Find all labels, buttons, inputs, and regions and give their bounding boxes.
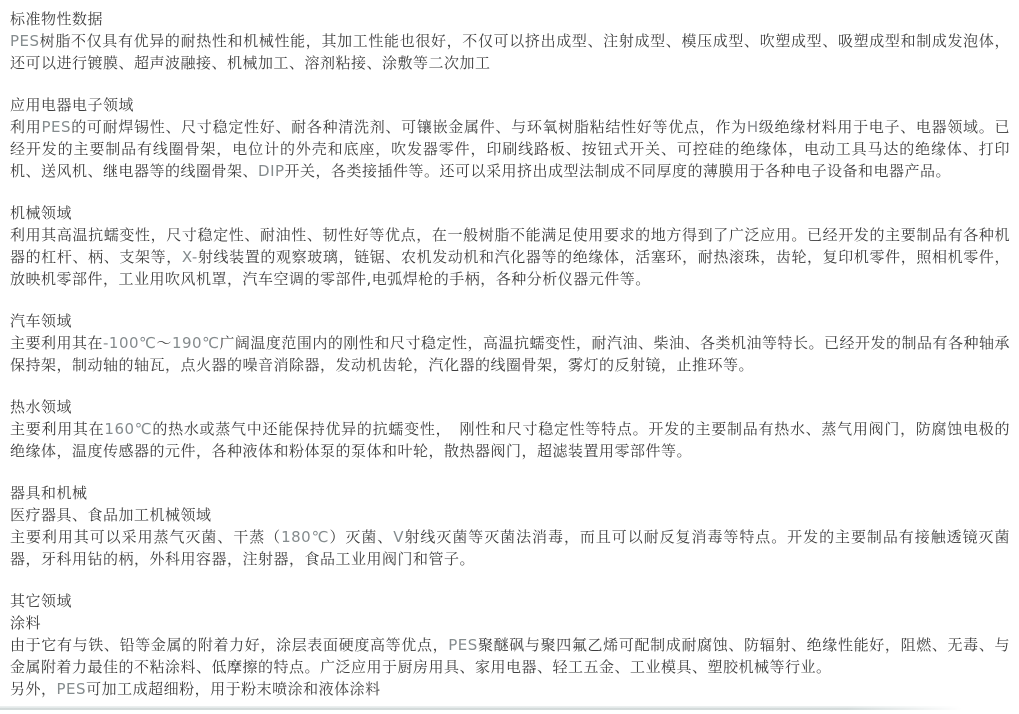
latin-text: 190℃ [172, 334, 219, 352]
section-other-fields: 其它领域 涂料 由于它有与铁、铅等金属的附着力好，涂层表面硬度高等优点，PES聚… [10, 590, 1010, 700]
section-paragraph: 由于它有与铁、铅等金属的附着力好，涂层表面硬度高等优点，PES聚醚砜与聚四氟乙烯… [10, 634, 1010, 678]
section-heading: 器具和机械 [10, 482, 1010, 504]
section-paragraph: 另外，PES可加工成超细粉，用于粉末喷涂和液体涂料 [10, 678, 1010, 700]
section-machinery: 机械领域 利用其高温抗蠕变性，尺寸稳定性、耐油性、韧性好等优点，在一般树脂不能满… [10, 202, 1010, 290]
section-paragraph: 利用PES的可耐焊锡性、尺寸稳定性好、耐各种清洗剂、可镶嵌金属件、与环氧树脂粘结… [10, 116, 1010, 182]
section-heading: 热水领域 [10, 396, 1010, 418]
section-paragraph: 主要利用其在-100℃～190℃广阔温度范围内的刚性和尺寸稳定性，高温抗蠕变性，… [10, 332, 1010, 376]
section-subheading: 涂料 [10, 612, 1010, 634]
section-paragraph: 利用其高温抗蠕变性，尺寸稳定性、耐油性、韧性好等优点，在一般树脂不能满足使用要求… [10, 224, 1010, 290]
latin-text: V [393, 528, 404, 546]
section-automotive: 汽车领域 主要利用其在-100℃～190℃广阔温度范围内的刚性和尺寸稳定性，高温… [10, 310, 1010, 376]
article-body: 标准物性数据 PES树脂不仅具有优异的耐热性和机械性能，其加工性能也很好，不仅可… [0, 0, 1019, 700]
section-paragraph: PES树脂不仅具有优异的耐热性和机械性能，其加工性能也很好，不仅可以挤出成型、注… [10, 30, 1010, 74]
latin-text: 160℃ [104, 420, 152, 438]
latin-text: PES [41, 118, 71, 136]
section-electrical-electronics: 应用电器电子领域 利用PES的可耐焊锡性、尺寸稳定性好、耐各种清洗剂、可镶嵌金属… [10, 94, 1010, 182]
latin-text: PES [448, 636, 478, 654]
section-heading: 其它领域 [10, 590, 1010, 612]
section-appliances-and-machinery: 器具和机械 医疗器具、食品加工机械领域 主要利用其可以采用蒸气灭菌、干蒸（180… [10, 482, 1010, 570]
section-paragraph: 主要利用其在160℃的热水或蒸气中还能保持优异的抗蠕变性， 刚性和尺寸稳定性等特… [10, 418, 1010, 462]
latin-text: -100℃ [103, 334, 156, 352]
latin-text: X- [182, 248, 198, 266]
section-standard-properties: 标准物性数据 PES树脂不仅具有优异的耐热性和机械性能，其加工性能也很好，不仅可… [10, 8, 1010, 74]
section-heading: 标准物性数据 [10, 8, 1010, 30]
latin-text: PES [10, 32, 40, 50]
section-hot-water: 热水领域 主要利用其在160℃的热水或蒸气中还能保持优异的抗蠕变性， 刚性和尺寸… [10, 396, 1010, 462]
section-heading: 汽车领域 [10, 310, 1010, 332]
latin-text: H [747, 118, 759, 136]
latin-text: PES [57, 680, 87, 698]
latin-text: DIP [258, 162, 285, 180]
latin-text: 180℃ [281, 528, 329, 546]
section-heading: 应用电器电子领域 [10, 94, 1010, 116]
section-heading: 机械领域 [10, 202, 1010, 224]
section-subheading: 医疗器具、食品加工机械领域 [10, 504, 1010, 526]
bottom-divider [0, 706, 962, 710]
section-paragraph: 主要利用其可以采用蒸气灭菌、干蒸（180℃）灭菌、V射线灭菌等灭菌法消毒，而且可… [10, 526, 1010, 570]
